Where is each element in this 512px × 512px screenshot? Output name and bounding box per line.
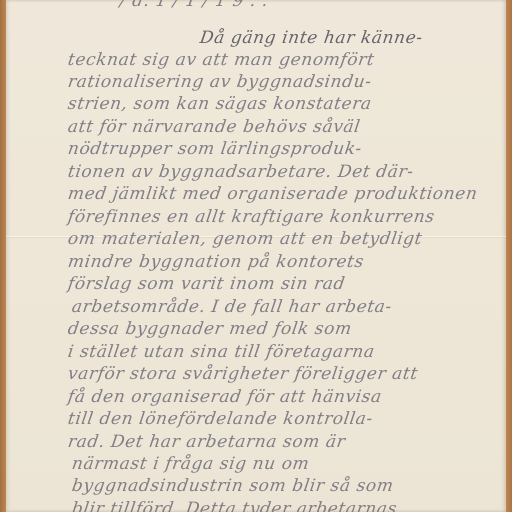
text-line: nödtrupper som lärlingsproduk-	[67, 139, 364, 159]
text-line: till den lönefördelande kontrolla-	[67, 409, 375, 429]
text-line: mindre byggnation på kontorets	[67, 252, 366, 272]
text-line: strien, som kan sägas konstatera	[67, 94, 374, 114]
text-line: dessa byggnader med folk som	[67, 319, 354, 339]
text-line: förslag som varit inom sin rad	[67, 274, 347, 294]
text-line: om materialen, genom att en betydligt	[67, 229, 424, 249]
text-line: att för närvarande behövs såväl	[67, 117, 362, 137]
header-date-fragment: / d. 1 / 1 / 1 9 . .	[119, 0, 270, 11]
text-line: varför stora svårigheter föreligger att	[67, 364, 420, 384]
text-line: tecknat sig av att man genomfört	[67, 50, 376, 70]
text-line: tionen av byggnadsarbetare. Det där-	[67, 162, 415, 182]
text-line: byggnadsindustrin som blir så som	[71, 476, 395, 496]
cork-board-right-edge	[505, 0, 512, 512]
text-line: rationalisering av byggnadsindu-	[67, 72, 373, 92]
text-line: arbetsområde. I de fall har arbeta-	[71, 297, 394, 317]
text-line: Då gäng inte har känne-	[199, 28, 424, 48]
text-line: förefinnes en allt kraftigare konkurrens	[67, 207, 436, 227]
text-line: rad. Det har arbetarna som är	[67, 432, 347, 452]
text-line: få den organiserad för att hänvisa	[67, 387, 384, 407]
text-line: närmast i fråga sig nu om	[71, 454, 311, 474]
text-line: med jämlikt med organiserade produktione…	[67, 184, 479, 204]
text-line: blir tillförd. Detta tyder arbetarnas	[71, 499, 399, 512]
text-line: i stället utan sina till företagarna	[67, 342, 376, 362]
